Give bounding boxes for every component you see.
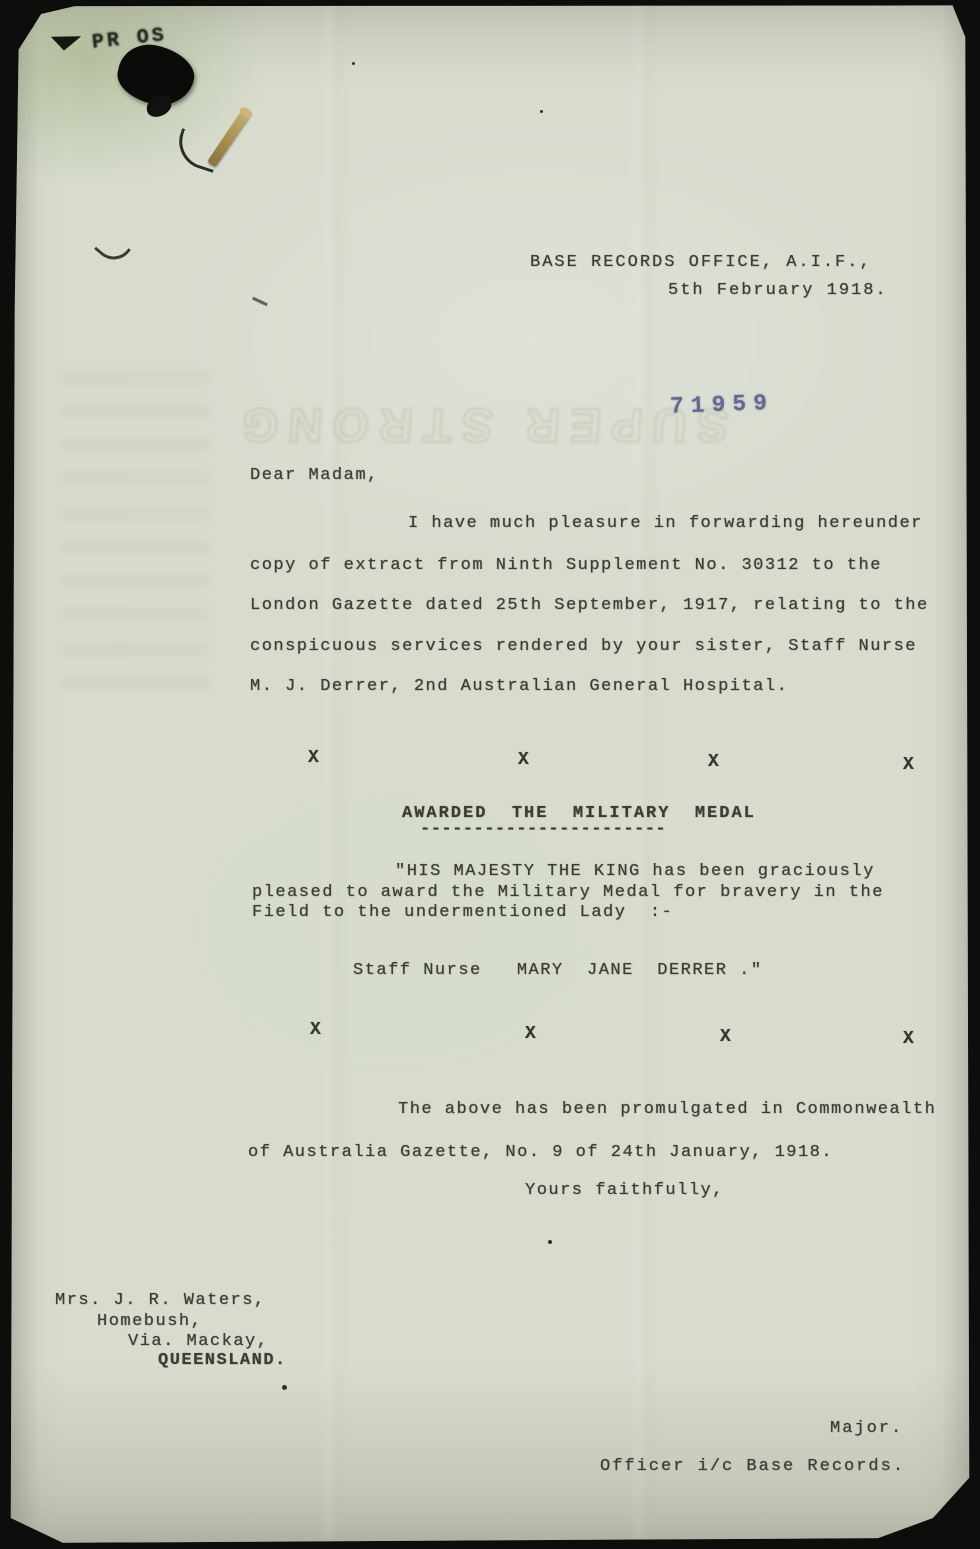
x-mark: X [310,1020,321,1040]
ink-speck [352,62,355,65]
header-office-line: BASE RECORDS OFFICE, A.I.F., [530,253,872,272]
ink-speck [540,110,543,113]
scan-background: { "corner_stamp": "PR OS", "watermark": … [0,0,980,1549]
tear-mark [252,297,268,306]
paper-fold-streak [630,0,656,1549]
recipient-line-3: Via. Mackay, [128,1332,268,1351]
paragraph1-line-1: I have much pleasure in forwarding hereu… [408,514,923,533]
paragraph1-line-5: M. J. Derrer, 2nd Australian General Hos… [250,677,788,696]
closing-line: Yours faithfully, [525,1181,724,1200]
ink-speck [282,1385,287,1390]
signature-rank: Major. [830,1419,903,1438]
promulgation-line-2: of Australia Gazette, No. 9 of 24th Janu… [248,1143,833,1162]
x-mark: X [518,750,529,770]
award-heading-underline: ----------------------- [420,820,666,839]
x-mark: X [525,1024,536,1044]
paragraph1-line-2: copy of extract from Ninth Supplement No… [250,556,882,575]
tear-mark [51,32,83,53]
signature-title: Officer i/c Base Records. [600,1457,905,1476]
x-mark: X [308,748,319,768]
ink-speck [548,1240,552,1244]
watermark-super-strong: SUPER STRONG [223,398,737,453]
citation-line-1: "HIS MAJESTY THE KING has been graciousl… [395,862,875,881]
recipient-line-4: QUEENSLAND. [158,1351,287,1370]
paragraph1-line-3: London Gazette dated 25th September, 191… [250,596,929,615]
tear-mark [8,26,34,40]
x-mark: X [708,752,719,772]
recipient-line-1: Mrs. J. R. Waters, [55,1291,266,1310]
registry-number-stamp: 71959 [670,390,775,420]
x-mark: X [903,755,914,775]
awardee-name-line: Staff Nurse MARY JANE DERRER ." [353,961,763,980]
citation-line-3: Field to the undermentioned Lady :- [252,903,673,922]
embossed-watermark-fragment [60,370,210,690]
x-mark: X [903,1029,914,1049]
recipient-line-2: Homebush, [97,1312,202,1331]
salutation-line: Dear Madam, [250,466,379,485]
paper-sheet: SUPER STRONG PR OS BASE RECORDS OFFICE, … [0,0,980,1549]
citation-line-2: pleased to award the Military Medal for … [252,883,884,902]
header-date-line: 5th February 1918. [668,281,888,300]
paper-fold-streak [320,0,346,1549]
tear-mark [94,231,131,267]
promulgation-line-1: The above has been promulgated in Common… [398,1100,936,1119]
x-mark: X [720,1027,731,1047]
paragraph1-line-4: conspicuous services rendered by your si… [250,637,917,656]
